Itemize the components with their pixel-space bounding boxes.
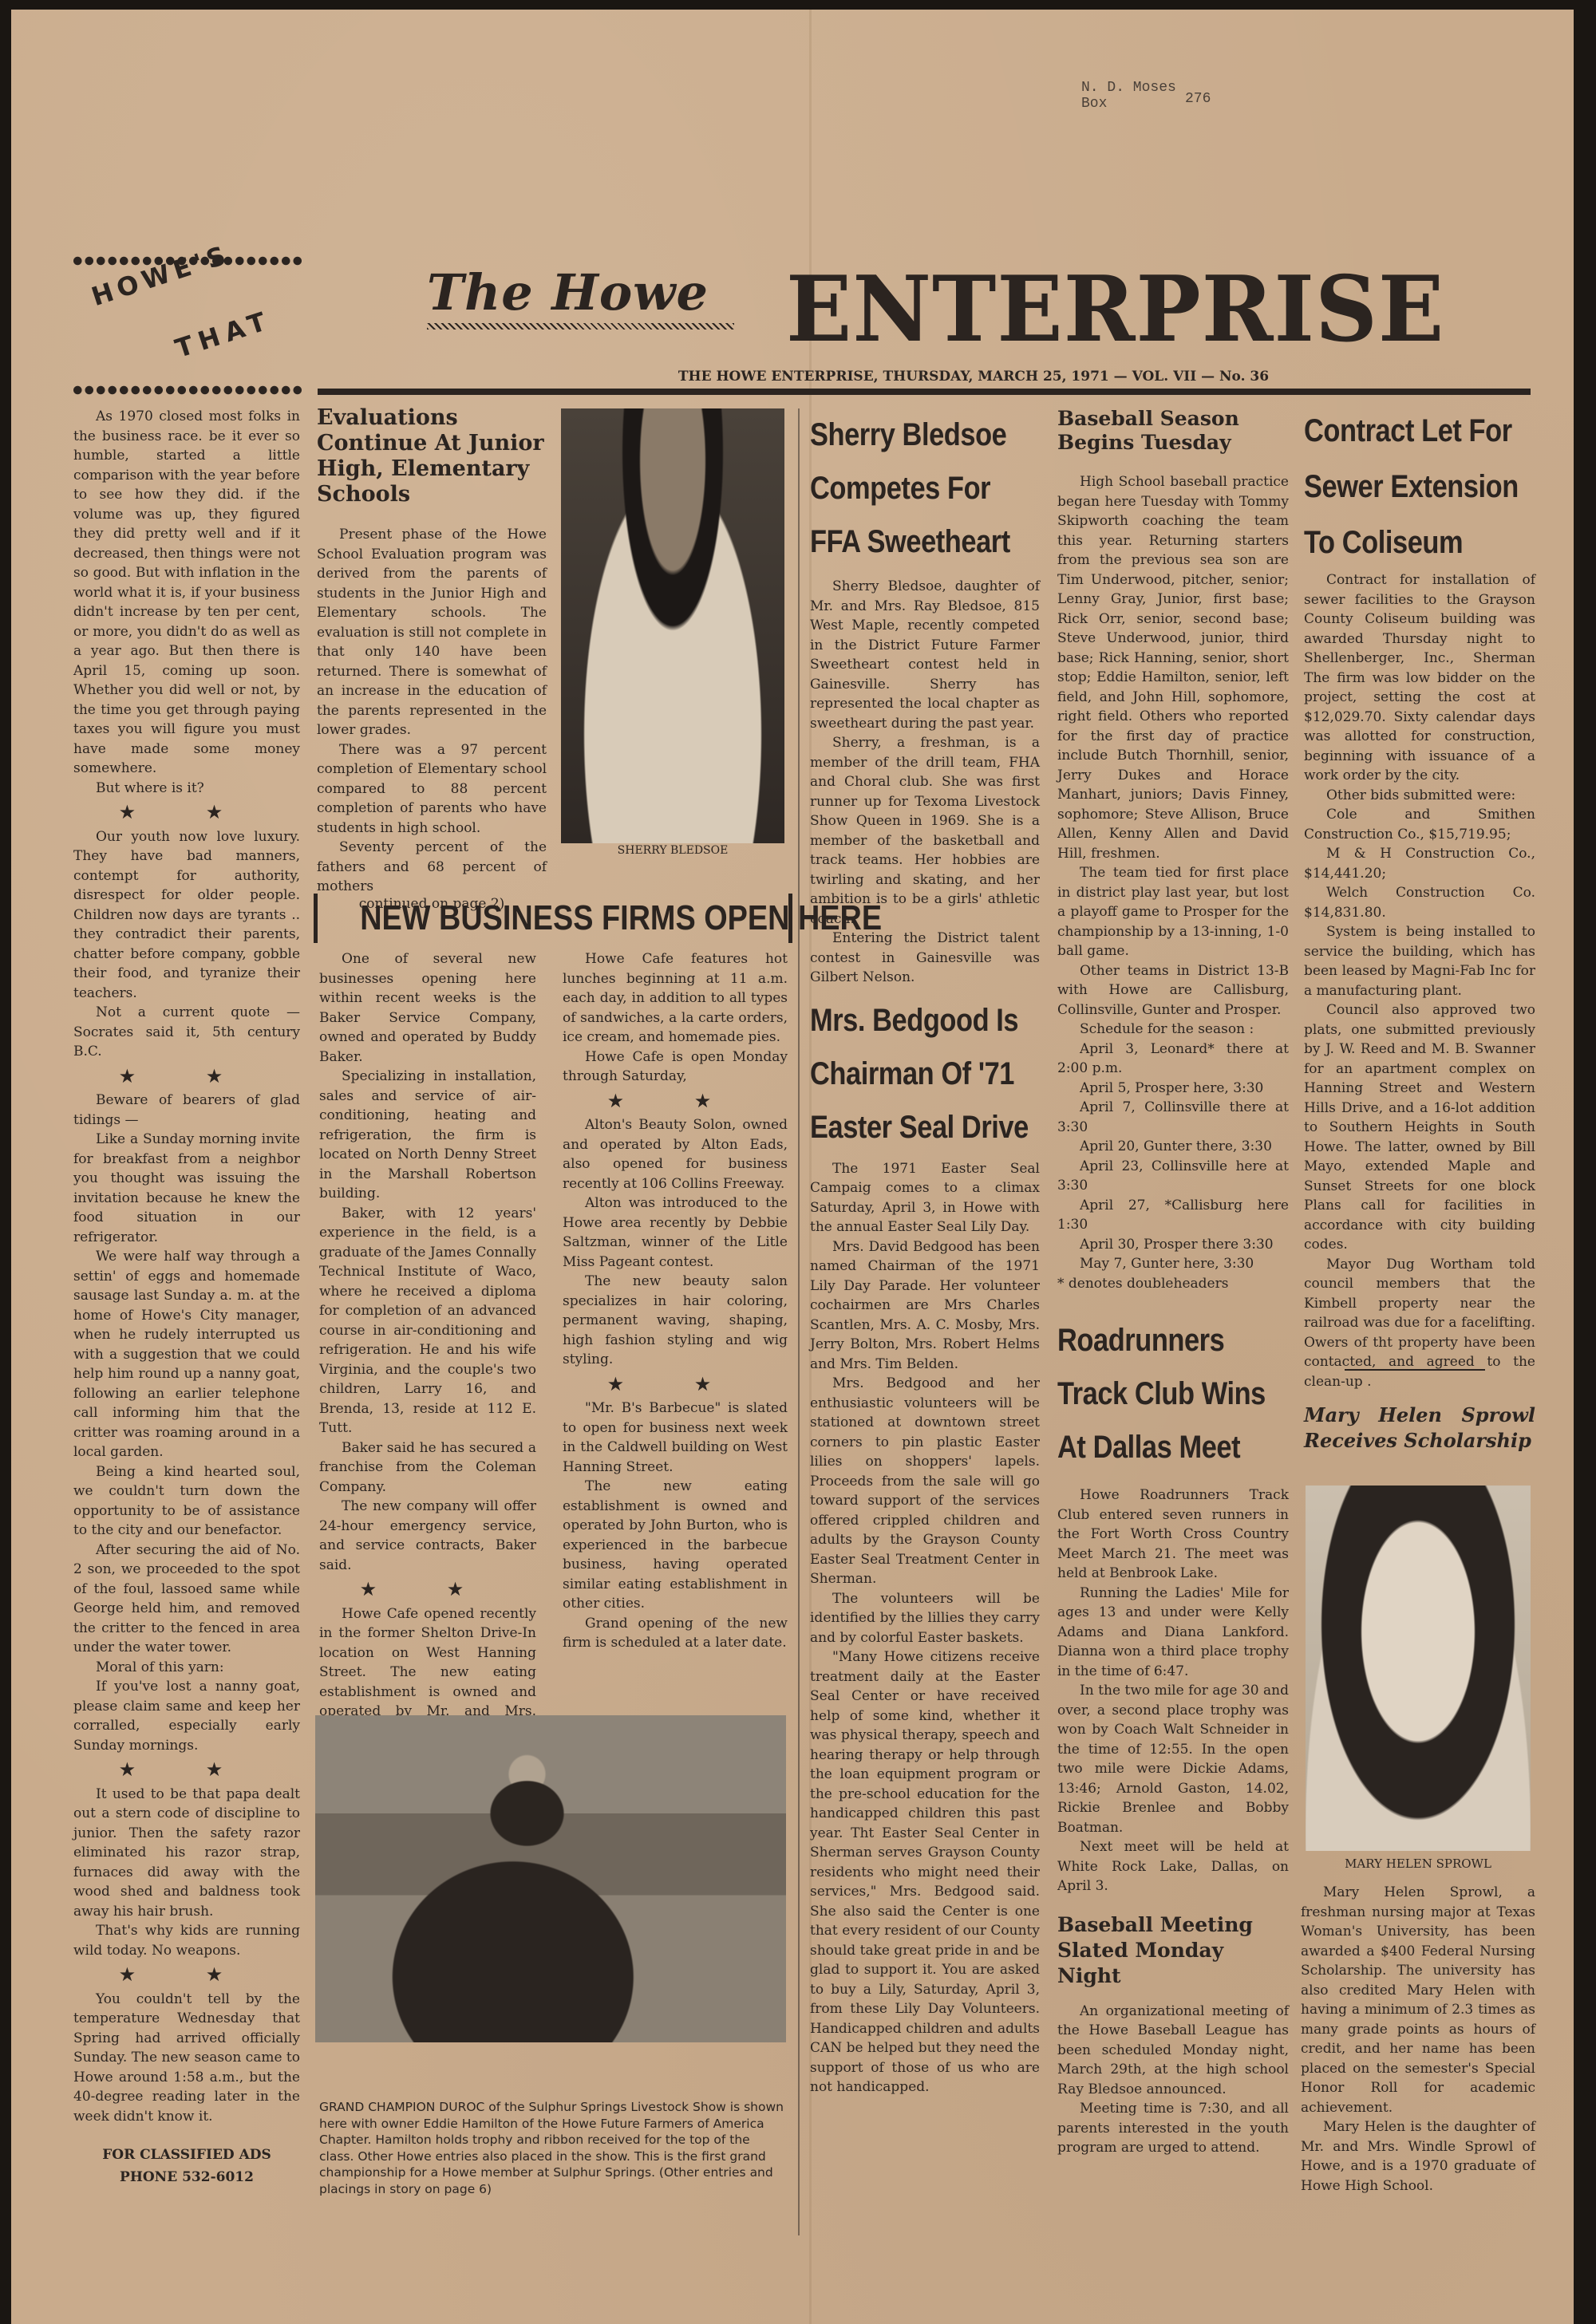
star-separator: ★ ★ bbox=[73, 1067, 300, 1087]
paragraph: Mrs. Bedgood and her enthusiastic volunt… bbox=[810, 1374, 1040, 1589]
paragraph: Cole and Smithen Construction Co., $15,7… bbox=[1304, 805, 1535, 844]
paragraph: As 1970 closed most folks in the busines… bbox=[73, 407, 300, 779]
photo-caption: MARY HELEN SPROWL bbox=[1306, 1856, 1531, 1871]
paragraph: Grand opening of the new firm is schedul… bbox=[563, 1614, 788, 1653]
article-sprowl: Mary Helen Sprowl, a freshman nursing ma… bbox=[1301, 1883, 1535, 2196]
star-separator: ★ ★ bbox=[73, 803, 300, 823]
schedule-item: April 30, Prosper there 3:30 bbox=[1057, 1235, 1289, 1255]
paragraph: Mayor Dug Wortham told council members t… bbox=[1304, 1255, 1535, 1392]
stamp-name: N. D. Moses bbox=[1081, 80, 1176, 96]
schedule-item: May 7, Gunter here, 3:30 bbox=[1057, 1254, 1289, 1274]
article-new-business-col2: Howe Cafe features hot lunches beginning… bbox=[563, 949, 788, 1653]
headline-line: Track Club Wins bbox=[1057, 1367, 1256, 1421]
photo-grand-champion-duroc bbox=[315, 1715, 786, 2042]
star-separator: ★ ★ bbox=[563, 1091, 788, 1111]
headline-line: Chairman Of '71 bbox=[810, 1048, 1008, 1101]
paragraph: Schedule for the season : bbox=[1057, 1020, 1289, 1040]
photo-caption: SHERRY BLEDSOE bbox=[561, 844, 784, 857]
paragraph: Baker, with 12 years' experience in the … bbox=[319, 1204, 536, 1438]
dateline: THE HOWE ENTERPRISE, THURSDAY, MARCH 25,… bbox=[415, 369, 1532, 385]
masthead-enterprise: ENTERPRISE bbox=[786, 257, 1444, 362]
schedule-item: April 23, Collinsville here at 3:30 bbox=[1057, 1157, 1289, 1196]
paragraph: Next meet will be held at White Rock Lak… bbox=[1057, 1837, 1289, 1896]
stamp-number: 276 bbox=[1185, 91, 1211, 107]
paragraph: Council also approved two plats, one sub… bbox=[1304, 1000, 1535, 1255]
paragraph: After securing the aid of No. 2 son, we … bbox=[73, 1541, 300, 1658]
paragraph: Contract for installation of sewer facil… bbox=[1304, 570, 1535, 786]
headline-line: To Coliseum bbox=[1304, 515, 1503, 570]
paragraph: Sherry, a freshman, is a member of the d… bbox=[810, 733, 1040, 929]
paragraph: Present phase of the Howe School Evaluat… bbox=[317, 525, 547, 740]
paragraph: Other teams in District 13-B with Howe a… bbox=[1057, 961, 1289, 1020]
paragraph: Mary Helen Sprowl, a freshman nursing ma… bbox=[1301, 1883, 1535, 2117]
star-separator: ★ ★ bbox=[73, 1965, 300, 1985]
paragraph: Meeting time is 7:30, and all parents in… bbox=[1057, 2099, 1289, 2158]
paragraph: Moral of this yarn: bbox=[73, 1658, 300, 1678]
paragraph: If you've lost a nanny goat, please clai… bbox=[73, 1677, 300, 1755]
paragraph: One of several new businesses opening he… bbox=[319, 949, 536, 1067]
headline: Mary Helen Sprowl Receives Scholarship bbox=[1304, 1403, 1535, 1454]
headline-line: Sherry Bledsoe bbox=[810, 408, 1008, 462]
paragraph: The new beauty salon specializes in hair… bbox=[563, 1272, 788, 1370]
photo-sherry-bledsoe bbox=[561, 408, 784, 843]
classified-ads-notice: FOR CLASSIFIED ADS PHONE 532-6012 bbox=[73, 2144, 300, 2188]
paragraph: That's why kids are running wild today. … bbox=[73, 1921, 300, 1960]
paragraph: Sherry Bledsoe, daughter of Mr. and Mrs.… bbox=[810, 577, 1040, 733]
schedule-item: April 20, Gunter there, 3:30 bbox=[1057, 1137, 1289, 1157]
paragraph: It used to be that papa dealt out a ster… bbox=[73, 1785, 300, 1922]
paragraph: Mary Helen is the daughter of Mr. and Mr… bbox=[1301, 2117, 1535, 2196]
headline: Evaluations Continue At Junior High, Ele… bbox=[317, 405, 547, 507]
masthead-rule bbox=[318, 389, 1531, 395]
headline-sprowl: Mary Helen Sprowl Receives Scholarship bbox=[1304, 1403, 1535, 1454]
paragraph: Specializing in installation, sales and … bbox=[319, 1067, 536, 1204]
article-contract-sewer: Contract Let For Sewer Extension To Coli… bbox=[1304, 403, 1535, 1391]
paragraph: Mrs. David Bedgood has been named Chairm… bbox=[810, 1237, 1040, 1375]
paragraph: The new company will offer 24-hour emerg… bbox=[319, 1497, 536, 1575]
classified-phone: PHONE 532-6012 bbox=[73, 2166, 300, 2188]
paragraph: An organizational meeting of the Howe Ba… bbox=[1057, 2002, 1289, 2100]
article-baseball-season: Baseball Season Begins Tuesday High Scho… bbox=[1057, 407, 1289, 2158]
paragraph: "Mr. B's Barbecue" is slated to open for… bbox=[563, 1399, 788, 1477]
archive-stamp: N. D. Moses Box 276 bbox=[1081, 80, 1176, 112]
paragraph: Not a current quote — Socrates said it, … bbox=[73, 1003, 300, 1062]
paragraph: You couldn't tell by the temperature Wed… bbox=[73, 1990, 300, 2127]
headline-line: Competes For bbox=[810, 462, 1008, 515]
article-sherry-bledsoe: Sherry Bledsoe Competes For FFA Sweethea… bbox=[810, 408, 1040, 2097]
paragraph: The 1971 Easter Seal Campaig comes to a … bbox=[810, 1159, 1040, 1237]
schedule-item: April 3, Leonard* there at 2:00 p.m. bbox=[1057, 1040, 1289, 1079]
headline-line: At Dallas Meet bbox=[1057, 1421, 1256, 1474]
headline-line: Contract Let For bbox=[1304, 403, 1503, 459]
footnote: * denotes doubleheaders bbox=[1057, 1274, 1289, 1294]
column-howes-that: As 1970 closed most folks in the busines… bbox=[73, 407, 300, 2188]
paragraph: System is being installed to service the… bbox=[1304, 922, 1535, 1000]
headline-line: Sewer Extension bbox=[1304, 459, 1503, 515]
paragraph: Entering the District talent contest in … bbox=[810, 929, 1040, 988]
headline: Baseball Meeting Slated Monday Night bbox=[1057, 1912, 1289, 1989]
paragraph: Alton was introduced to the Howe area re… bbox=[563, 1194, 788, 1272]
paragraph: Other bids submitted were: bbox=[1304, 786, 1535, 806]
stamp-box: Box bbox=[1081, 96, 1176, 112]
headline-new-business: NEW BUSINESS FIRMS OPEN HERE bbox=[314, 894, 792, 943]
paragraph: Welch Construction Co. $14,831.80. bbox=[1304, 883, 1535, 922]
headline-line: FFA Sweetheart bbox=[810, 515, 1008, 569]
paragraph: Like a Sunday morning invite for breakfa… bbox=[73, 1130, 300, 1247]
headline-text: NEW BUSINESS FIRMS OPEN HERE bbox=[360, 894, 882, 943]
schedule-item: April 5, Prosper here, 3:30 bbox=[1057, 1079, 1289, 1099]
paragraph: High School baseball practice began here… bbox=[1057, 472, 1289, 863]
dotted-border-bottom bbox=[72, 385, 303, 396]
paragraph: We were half way through a settin' of eg… bbox=[73, 1247, 300, 1462]
headline-line: Roadrunners bbox=[1057, 1314, 1256, 1367]
photo-mary-helen-sprowl bbox=[1306, 1486, 1531, 1851]
paragraph: Beware of bearers of glad tidings — bbox=[73, 1091, 300, 1130]
article-divider bbox=[1345, 1369, 1485, 1371]
classified-label: FOR CLASSIFIED ADS bbox=[73, 2144, 300, 2166]
paragraph: "Many Howe citizens receive treatment da… bbox=[810, 1647, 1040, 2097]
paragraph: Running the Ladies' Mile for ages 13 and… bbox=[1057, 1584, 1289, 1682]
paragraph: But where is it? bbox=[73, 779, 300, 799]
paragraph: Being a kind hearted soul, we couldn't t… bbox=[73, 1462, 300, 1541]
headline: Baseball Season Begins Tuesday bbox=[1057, 407, 1289, 455]
masthead-wavy-rule bbox=[427, 323, 734, 329]
article-evaluations: Evaluations Continue At Junior High, Ele… bbox=[317, 405, 547, 911]
photo-caption: GRAND CHAMPION DUROC of the Sulphur Spri… bbox=[319, 2099, 784, 2197]
paragraph: Howe Cafe features hot lunches beginning… bbox=[563, 949, 788, 1048]
article-new-business-col1: One of several new businesses opening he… bbox=[319, 949, 536, 1761]
headline-line: Mrs. Bedgood Is bbox=[810, 994, 1008, 1048]
paragraph: The volunteers will be identified by the… bbox=[810, 1589, 1040, 1648]
paragraph: The new eating establishment is owned an… bbox=[563, 1477, 788, 1614]
star-separator: ★ ★ bbox=[563, 1375, 788, 1395]
headline-line: Easter Seal Drive bbox=[810, 1101, 1008, 1154]
paragraph: Our youth now love luxury. They have bad… bbox=[73, 827, 300, 1004]
paragraph: Baker said he has secured a franchise fr… bbox=[319, 1438, 536, 1497]
column-rule bbox=[798, 408, 800, 2235]
paragraph: There was a 97 percent completion of Ele… bbox=[317, 740, 547, 838]
paragraph: Howe Roadrunners Track Club entered seve… bbox=[1057, 1486, 1289, 1584]
paragraph: M & H Construction Co., $14,441.20; bbox=[1304, 844, 1535, 883]
star-separator: ★ ★ bbox=[319, 1580, 536, 1600]
masthead-the-howe: The Howe bbox=[427, 263, 709, 322]
paragraph: Alton's Beauty Solon, owned and operated… bbox=[563, 1115, 788, 1194]
star-separator: ★ ★ bbox=[73, 1760, 300, 1780]
paragraph: Howe Cafe is open Monday through Saturda… bbox=[563, 1048, 788, 1087]
paragraph: The team tied for first place in distric… bbox=[1057, 863, 1289, 961]
paragraph: In the two mile for age 30 and over, a s… bbox=[1057, 1681, 1289, 1837]
schedule-item: April 7, Collinsville there at 3:30 bbox=[1057, 1098, 1289, 1137]
paragraph: Seventy percent of the fathers and 68 pe… bbox=[317, 838, 547, 897]
schedule-item: April 27, *Callisburg here 1:30 bbox=[1057, 1196, 1289, 1235]
